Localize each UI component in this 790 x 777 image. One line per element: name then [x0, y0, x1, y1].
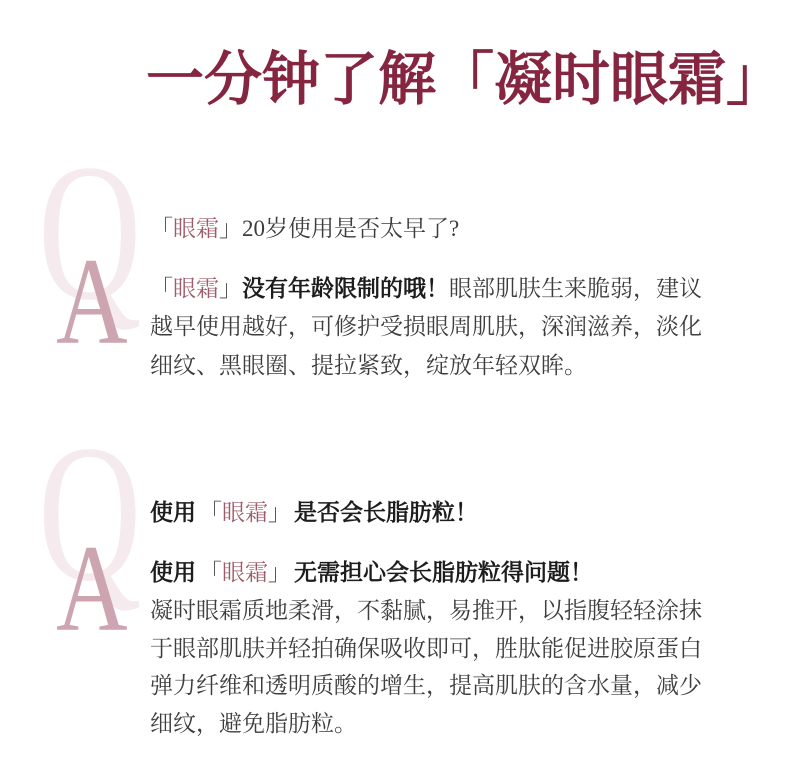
- answer-2-line-3: 弹力纤维和透明质酸的增生，提高肌肤的含水量，减少: [150, 667, 702, 705]
- bracket-open: 「: [150, 276, 173, 301]
- question-1: 「眼霜」20岁使用是否太早了?: [150, 210, 459, 248]
- question-1-text: 20岁使用是否太早了?: [242, 216, 459, 241]
- keyword-eyecream: 眼霜: [173, 276, 219, 301]
- bracket-close: 」: [268, 500, 291, 525]
- question-2: 使用「眼霜」是否会长脂肪粒！: [150, 494, 478, 532]
- keyword-eyecream: 眼霜: [222, 560, 268, 585]
- answer-1-line-1: 「眼霜」没有年龄限制的哦！眼部肌肤生来脆弱，建议: [150, 270, 702, 308]
- bracket-close: 」: [219, 216, 242, 241]
- watermark-a1-letter: A: [56, 240, 128, 364]
- answer-2-line-2: 于眼部肌肤并轻拍确保吸收即可，胜肽能促进胶原蛋白: [150, 630, 702, 668]
- watermark-a2-letter: A: [56, 527, 128, 651]
- answer-1-emphasis: 没有年龄限制的哦！: [242, 276, 449, 301]
- answer-2-line-4: 细纹，避免脂肪粒。: [150, 705, 702, 743]
- answer-2-lead: 使用: [150, 560, 196, 585]
- answer-2-line-1: 凝时眼霜质地柔滑，不黏腻，易推开，以指腹轻轻涂抹: [150, 592, 702, 630]
- answer-2-body: 凝时眼霜质地柔滑，不黏腻，易推开，以指腹轻轻涂抹 于眼部肌肤并轻拍确保吸收即可，…: [150, 592, 702, 742]
- bracket-close: 」: [219, 276, 242, 301]
- bracket-open: 「: [199, 560, 222, 585]
- keyword-eyecream: 眼霜: [222, 500, 268, 525]
- answer-2-heading: 使用「眼霜」无需担心会长脂肪粒得问题！: [150, 554, 593, 592]
- question-2-lead: 使用: [150, 500, 196, 525]
- answer-1-line-3: 细纹、黑眼圈、提拉紧致，绽放年轻双眸。: [150, 347, 702, 385]
- answer-2-emphasis: 无需担心会长脂肪粒得问题！: [294, 560, 593, 585]
- keyword-eyecream: 眼霜: [173, 216, 219, 241]
- answer-1-line-2: 越早使用越好，可修护受损眼周肌肤，深润滋养，淡化: [150, 308, 702, 346]
- question-2-text: 是否会长脂肪粒！: [294, 500, 478, 525]
- bracket-close: 」: [268, 560, 291, 585]
- bracket-open: 「: [199, 500, 222, 525]
- page-title: 一分钟了解「凝时眼霜」: [146, 42, 784, 118]
- bracket-open: 「: [150, 216, 173, 241]
- product-qa-page: 一分钟了解「凝时眼霜」 Q A 「眼霜」20岁使用是否太早了? 「眼霜」没有年龄…: [0, 0, 790, 777]
- answer-1-text: 眼部肌肤生来脆弱，建议: [449, 276, 702, 301]
- answer-1: 「眼霜」没有年龄限制的哦！眼部肌肤生来脆弱，建议 越早使用越好，可修护受损眼周肌…: [150, 270, 702, 385]
